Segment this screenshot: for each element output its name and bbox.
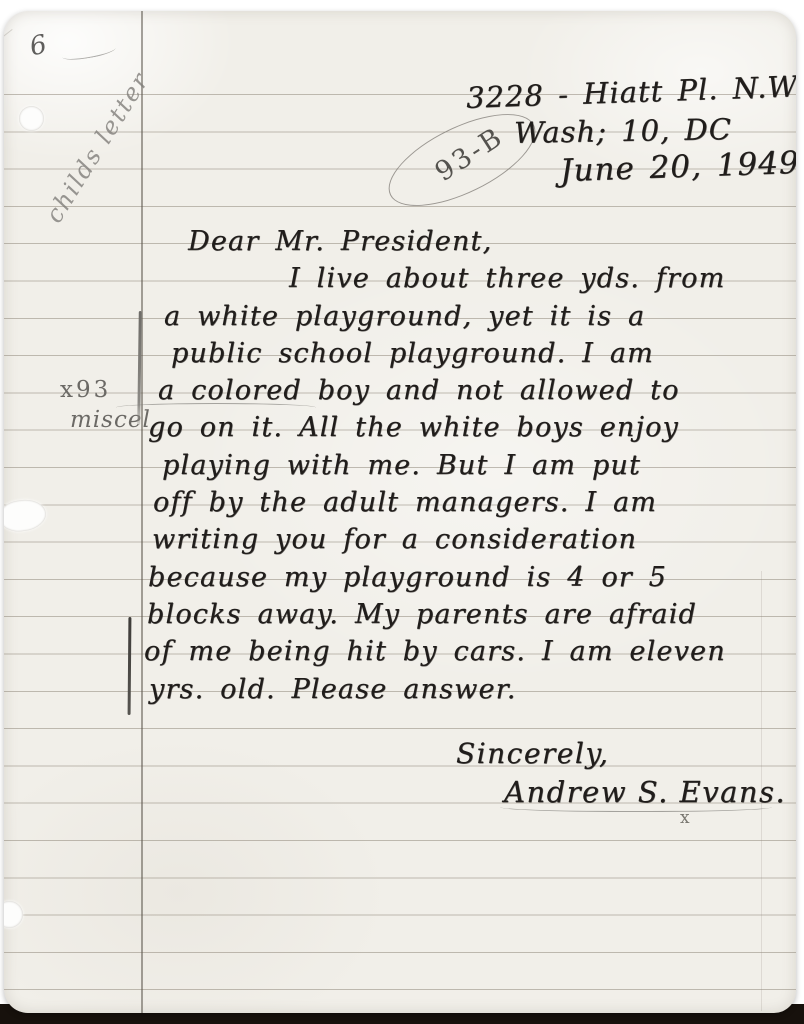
- body-line: writing you for a consideration: [144, 521, 796, 558]
- body-line: public school playground. I am: [144, 335, 796, 372]
- heading-address-line-2: Wash; 10, DC: [514, 112, 732, 150]
- punch-hole-top: [19, 106, 44, 131]
- salutation: Dear Mr. President,: [144, 223, 796, 260]
- body-line: go on it. All the white boys enjoy: [144, 409, 796, 446]
- letter-body: Dear Mr. President, I live about three y…: [144, 223, 796, 708]
- body-line: yrs. old. Please answer.: [144, 671, 796, 708]
- body-line: because my playground is 4 or 5: [144, 559, 796, 596]
- letter-page: 6 childs letter 93-B x93 miscel 3228 - H…: [4, 11, 796, 1013]
- body-line: a colored boy and not allowed to: [144, 372, 796, 409]
- body-line: off by the adult managers. I am: [144, 484, 796, 521]
- body-line: I live about three yds. from: [144, 260, 796, 297]
- body-line: blocks away. My parents are afraid: [144, 596, 796, 633]
- body-line: a white playground, yet it is a: [144, 298, 796, 335]
- margin-line: [141, 11, 143, 1013]
- corner-pencil-scribble: 6: [27, 30, 49, 63]
- body-line: playing with me. But I am put: [144, 447, 796, 484]
- margin-code-note: x93: [60, 377, 111, 403]
- closing: Sincerely,: [456, 737, 609, 770]
- pencil-underline-signature: [500, 801, 772, 812]
- body-line: of me being hit by cars. I am eleven: [144, 633, 796, 670]
- signature-pencil-x: x: [680, 808, 690, 828]
- corner-pencil-squiggle: [61, 42, 116, 62]
